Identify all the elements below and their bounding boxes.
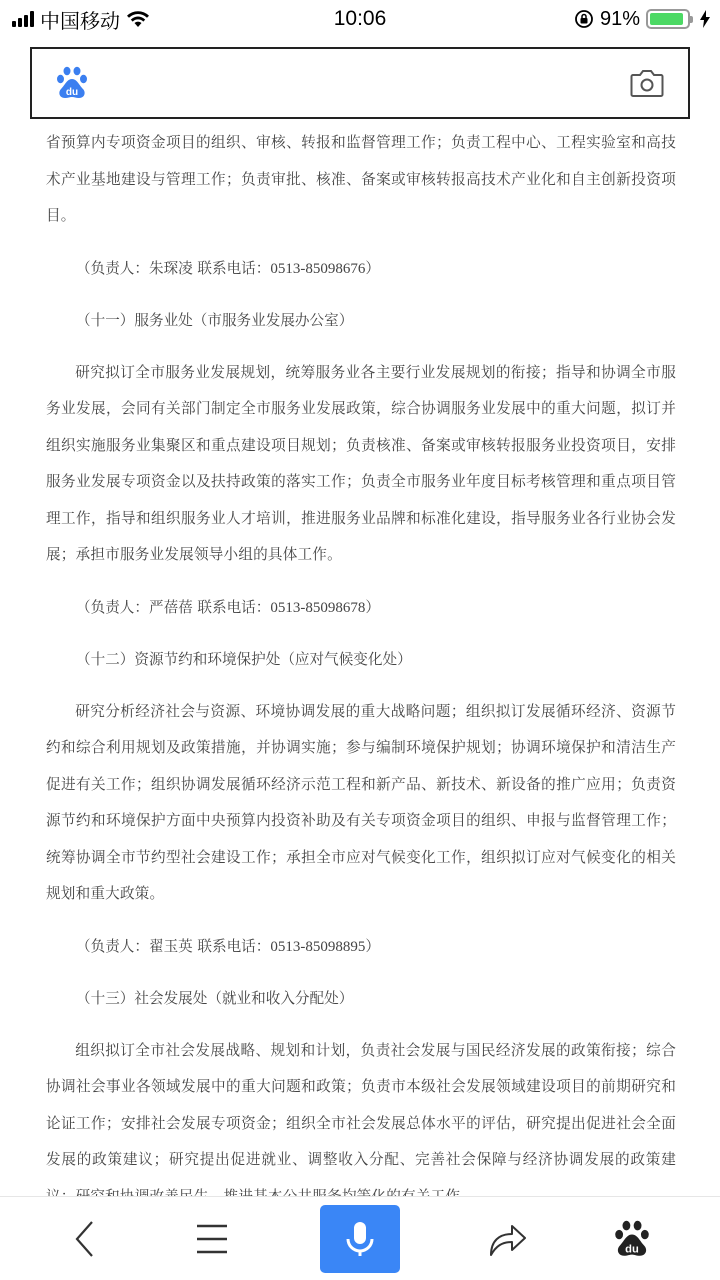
menu-button[interactable] xyxy=(172,1197,252,1280)
orientation-lock-icon xyxy=(574,9,594,29)
svg-text:du: du xyxy=(66,87,78,98)
baidu-home-button[interactable]: du xyxy=(592,1197,672,1280)
voice-search-button[interactable] xyxy=(320,1205,400,1273)
search-bar[interactable]: du xyxy=(30,47,690,119)
microphone-icon xyxy=(345,1221,375,1257)
camera-icon[interactable] xyxy=(630,68,664,98)
bottom-toolbar: du xyxy=(0,1196,720,1280)
paragraph: 研究分析经济社会与资源、环境协调发展的重大战略问题；组织拟订发展循环经济、资源节… xyxy=(46,694,676,913)
status-left: 中国移动 xyxy=(12,5,150,34)
status-right: 91% xyxy=(574,8,710,31)
paragraph: 省预算内专项资金项目的组织、审核、转报和监督管理工作；负责工程中心、工程实验室和… xyxy=(46,125,676,235)
carrier-label: 中国移动 xyxy=(40,5,120,34)
contact-line: （负责人：翟玉英 联系电话：0513-85098895） xyxy=(46,929,676,965)
paragraph: 研究拟订全市服务业发展规划，统筹服务业各主要行业发展规划的衔接；指导和协调全市服… xyxy=(46,355,676,574)
section-heading: （十一）服务业处（市服务业发展办公室） xyxy=(46,303,676,339)
phone-number[interactable]: 0513-85098676 xyxy=(270,261,365,277)
status-bar: 中国移动 10:06 91% xyxy=(0,0,720,38)
phone-number[interactable]: 0513-85098678 xyxy=(270,600,365,616)
share-arrow-icon xyxy=(488,1221,528,1257)
contact-line: （负责人：朱琛凌 联系电话：0513-85098676） xyxy=(46,251,676,287)
share-button[interactable] xyxy=(468,1197,548,1280)
contact-line: （负责人：严蓓蓓 联系电话：0513-85098678） xyxy=(46,590,676,626)
back-button[interactable] xyxy=(44,1197,124,1280)
phone-number[interactable]: 0513-85098895 xyxy=(270,939,365,955)
paragraph: 组织拟订全市社会发展战略、规划和计划，负责社会发展与国民经济发展的政策衔接；综合… xyxy=(46,1033,676,1216)
charging-icon xyxy=(700,10,710,28)
section-heading: （十二）资源节约和环境保护处（应对气候变化处） xyxy=(46,642,676,678)
baidu-paw-icon: du xyxy=(614,1220,650,1258)
section-heading: （十三）社会发展处（就业和收入分配处） xyxy=(46,981,676,1017)
article-content: 省预算内专项资金项目的组织、审核、转报和监督管理工作；负责工程中心、工程实验室和… xyxy=(46,125,676,1267)
signal-icon xyxy=(12,11,34,27)
baidu-paw-icon[interactable]: du xyxy=(56,66,88,100)
wifi-icon xyxy=(126,10,150,28)
svg-text:du: du xyxy=(625,1243,639,1255)
battery-icon xyxy=(646,9,690,29)
battery-percent: 91% xyxy=(600,8,640,31)
chevron-left-icon xyxy=(72,1219,96,1259)
hamburger-menu-icon xyxy=(196,1223,228,1255)
